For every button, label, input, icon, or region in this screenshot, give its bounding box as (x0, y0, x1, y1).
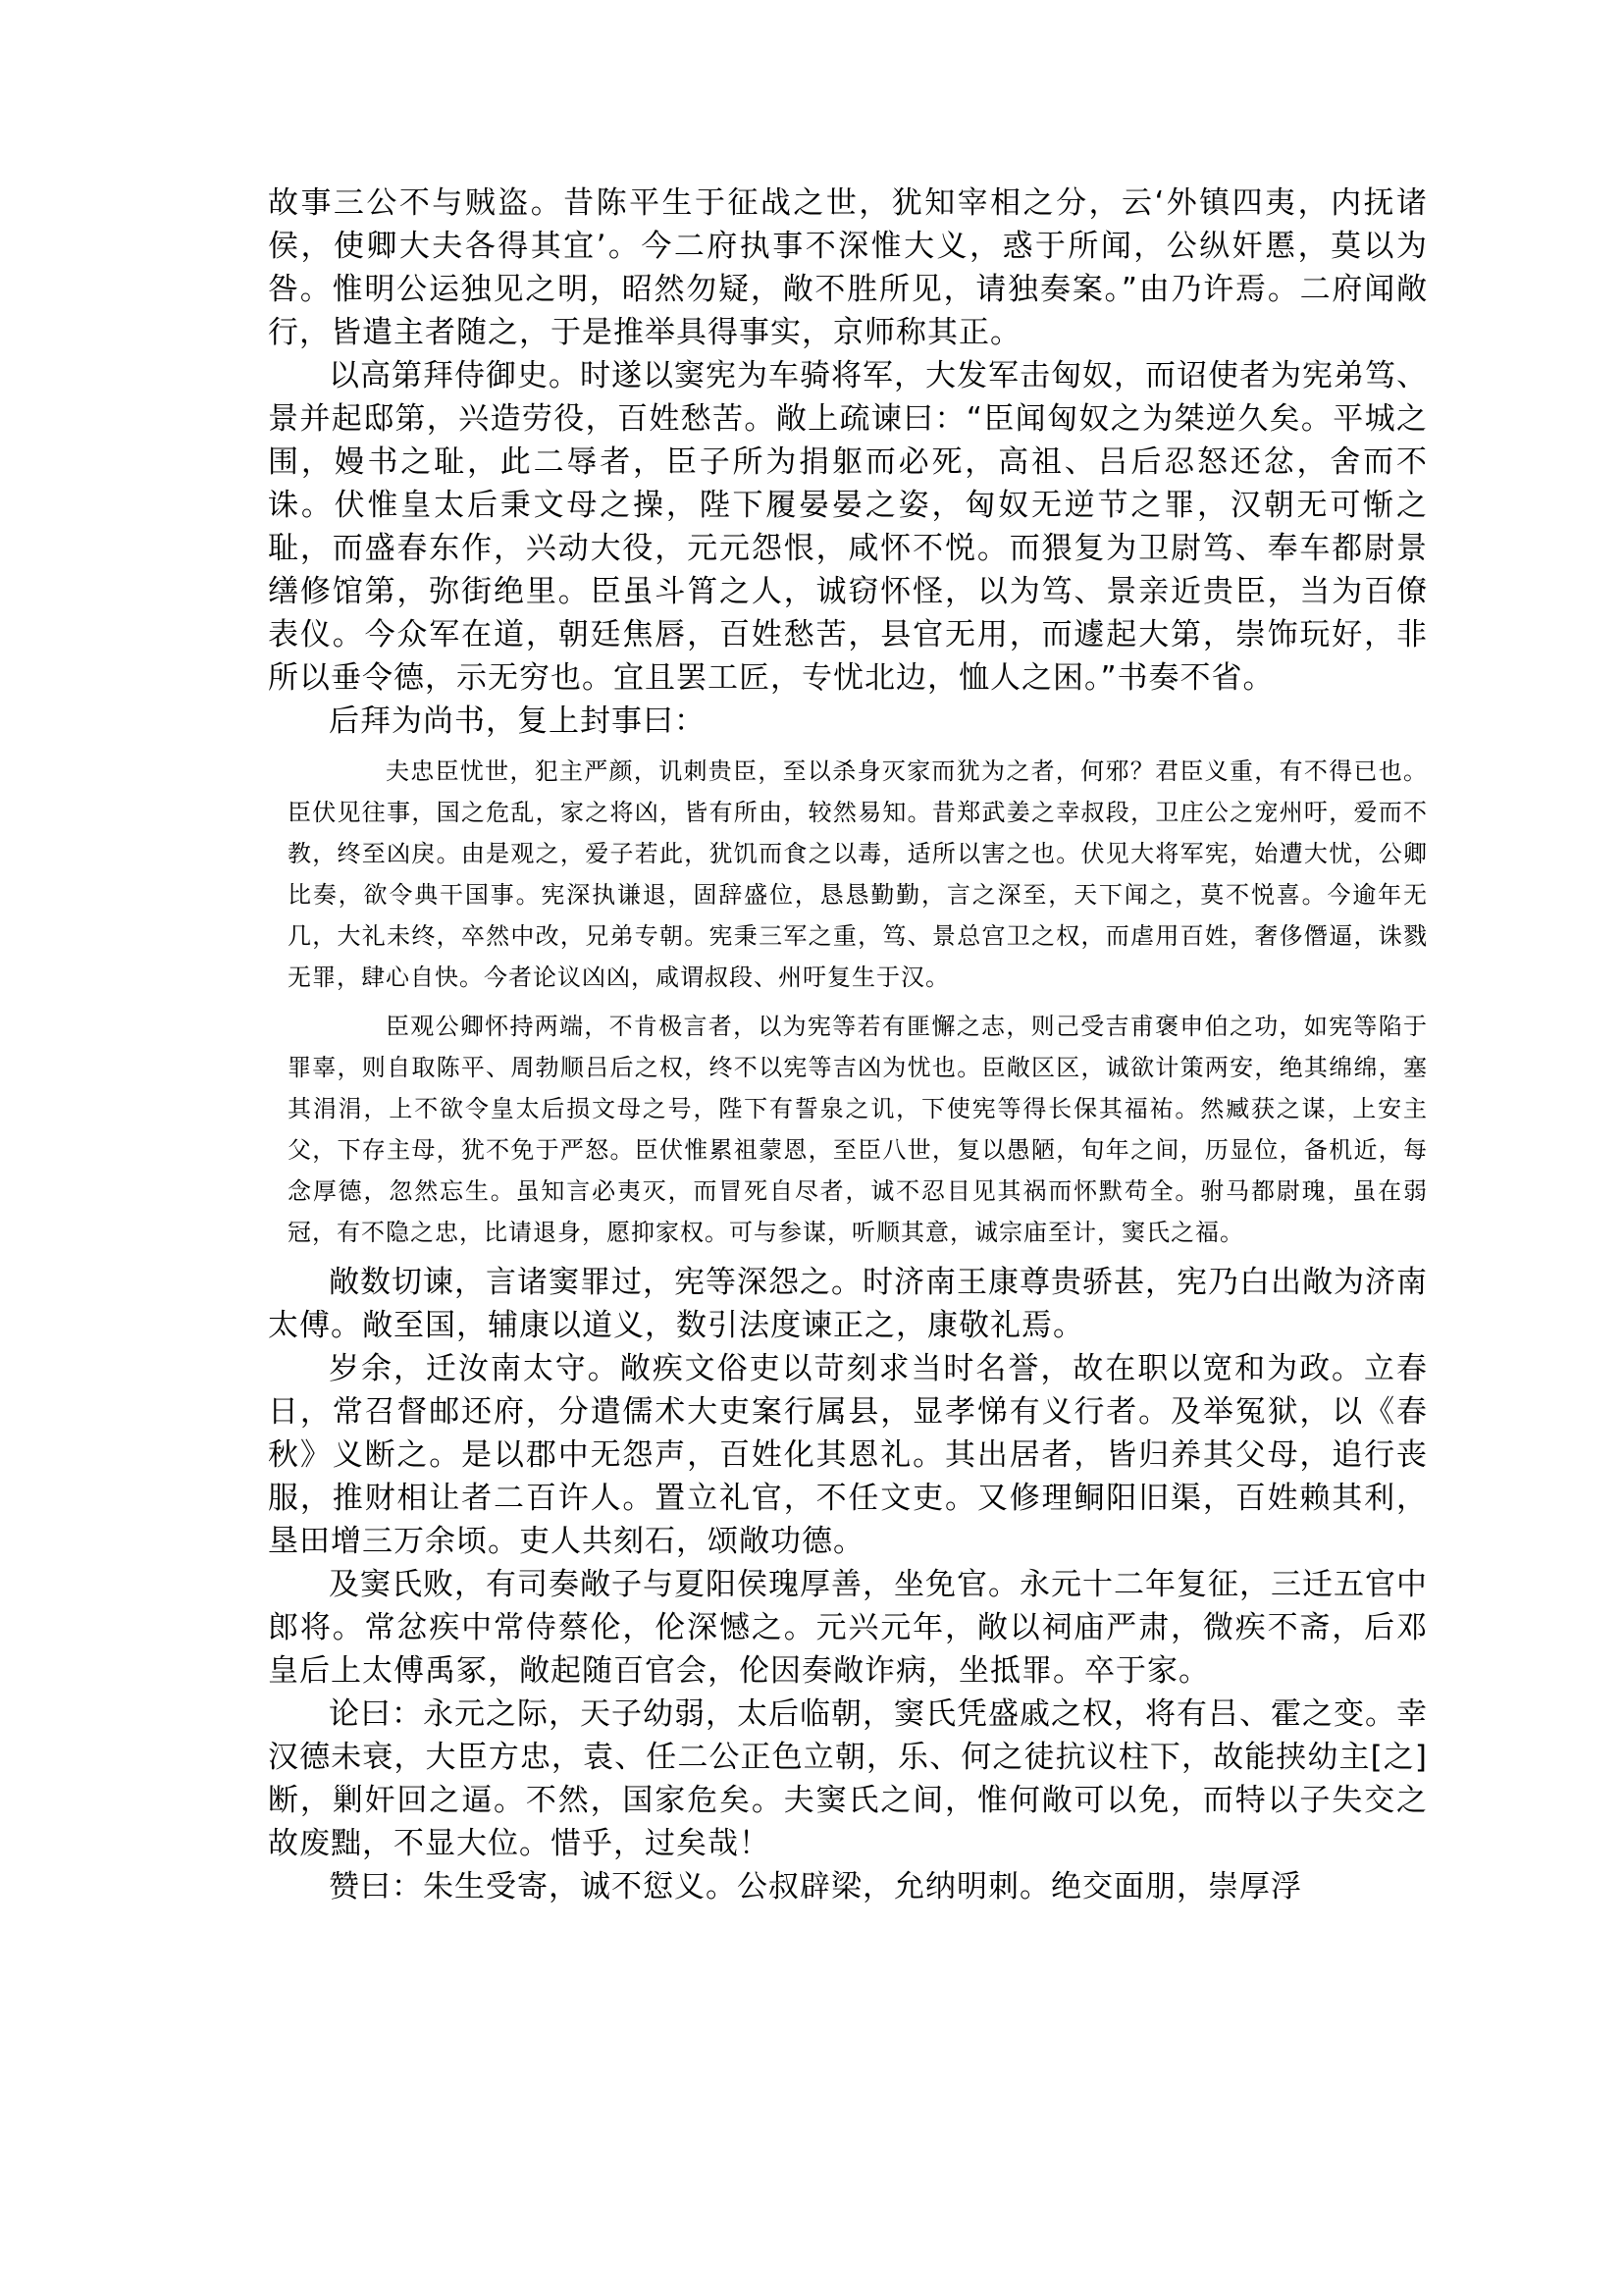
paragraph-main-5: 岁余，迁汝南太守。敞疾文俗吏以苛刻求当时名誉，故在职以宽和为政。立春日，常召督邮… (268, 1347, 1428, 1563)
paragraph-main-7: 论曰：永元之际，天子幼弱，太后临朝，窦氏凭盛戚之权，将有吕、霍之变。幸汉德未衰，… (268, 1693, 1428, 1865)
paragraph-main-2: 以高第拜侍御史。时遂以窦宪为车骑将军，大发军击匈奴，而诏使者为宪弟笃、景并起邸第… (268, 354, 1428, 700)
paragraph-quote-1: 夫忠臣忧世，犯主严颜，讥刺贵臣，至以杀身灭家而犹为之者，何邪？君臣义重，有不得已… (288, 751, 1428, 998)
paragraph-main-3: 后拜为尚书，复上封事曰： (268, 700, 1428, 743)
paragraph-main-4: 敞数切谏，言诸窦罪过，宪等深怨之。时济南王康尊贵骄甚，宪乃白出敞为济南太傅。敞至… (268, 1261, 1428, 1347)
paragraph-main-6: 及窦氏败，有司奏敞子与夏阳侯瑰厚善，坐免官。永元十二年复征，三迁五官中郎将。常忿… (268, 1563, 1428, 1693)
paragraph-main-1: 故事三公不与贼盗。昔陈平生于征战之世，犹知宰相之分，云‘外镇四夷，内抚诸侯，使卿… (268, 182, 1428, 354)
paragraph-quote-2: 臣观公卿怀持两端，不肯极言者，以为宪等若有匪懈之志，则己受吉甫褒申伯之功，如宪等… (288, 1006, 1428, 1253)
paragraph-main-8: 赞曰：朱生受寄，诚不愆义。公叔辟梁，允纳明刺。绝交面朋，崇厚浮 (268, 1865, 1428, 1908)
document-page: 故事三公不与贼盗。昔陈平生于征战之世，犹知宰相之分，云‘外镇四夷，内抚诸侯，使卿… (0, 0, 1624, 2294)
